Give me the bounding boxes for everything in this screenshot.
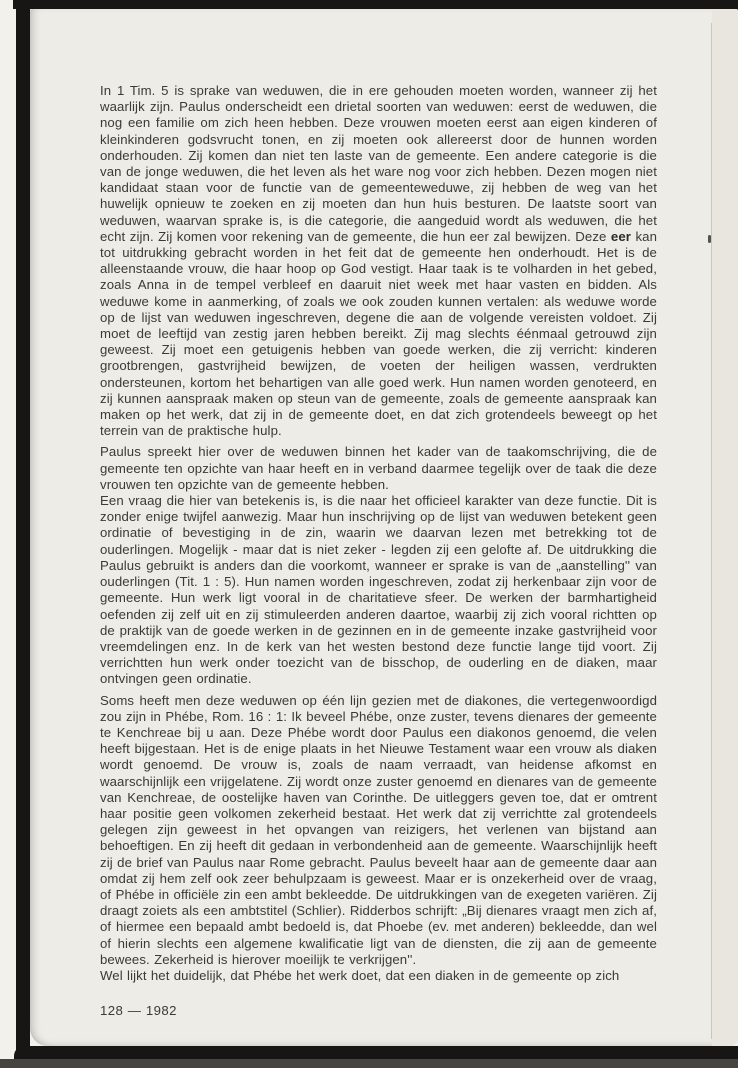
- scan-border-bottom: [14, 1046, 738, 1060]
- scan-border-bottom-strip: [0, 1059, 738, 1068]
- scanned-book-page: In 1 Tim. 5 is sprake van weduwen, die i…: [0, 0, 738, 1068]
- paragraph: Een vraag die hier van betekenis is, is …: [100, 493, 657, 687]
- paragraph: In 1 Tim. 5 is sprake van weduwen, die i…: [100, 83, 657, 439]
- emphasized-word: eer: [611, 229, 631, 244]
- scan-border-top: [13, 0, 738, 9]
- paragraph: Wel lijkt het duidelijk, dat Phébe het w…: [100, 968, 657, 984]
- paragraph: Paulus spreekt hier over de weduwen binn…: [100, 444, 657, 493]
- scan-speck: [708, 235, 711, 243]
- page-edge-line: [711, 23, 712, 1039]
- scan-border-left: [16, 7, 30, 1053]
- page-edge-strip: [712, 9, 738, 1046]
- page-number-footer: 128 — 1982: [100, 1003, 657, 1019]
- paragraph: Soms heeft men deze weduwen op één lijn …: [100, 693, 657, 968]
- page-sheet: In 1 Tim. 5 is sprake van weduwen, die i…: [30, 9, 738, 1046]
- text-block: In 1 Tim. 5 is sprake van weduwen, die i…: [100, 83, 657, 1033]
